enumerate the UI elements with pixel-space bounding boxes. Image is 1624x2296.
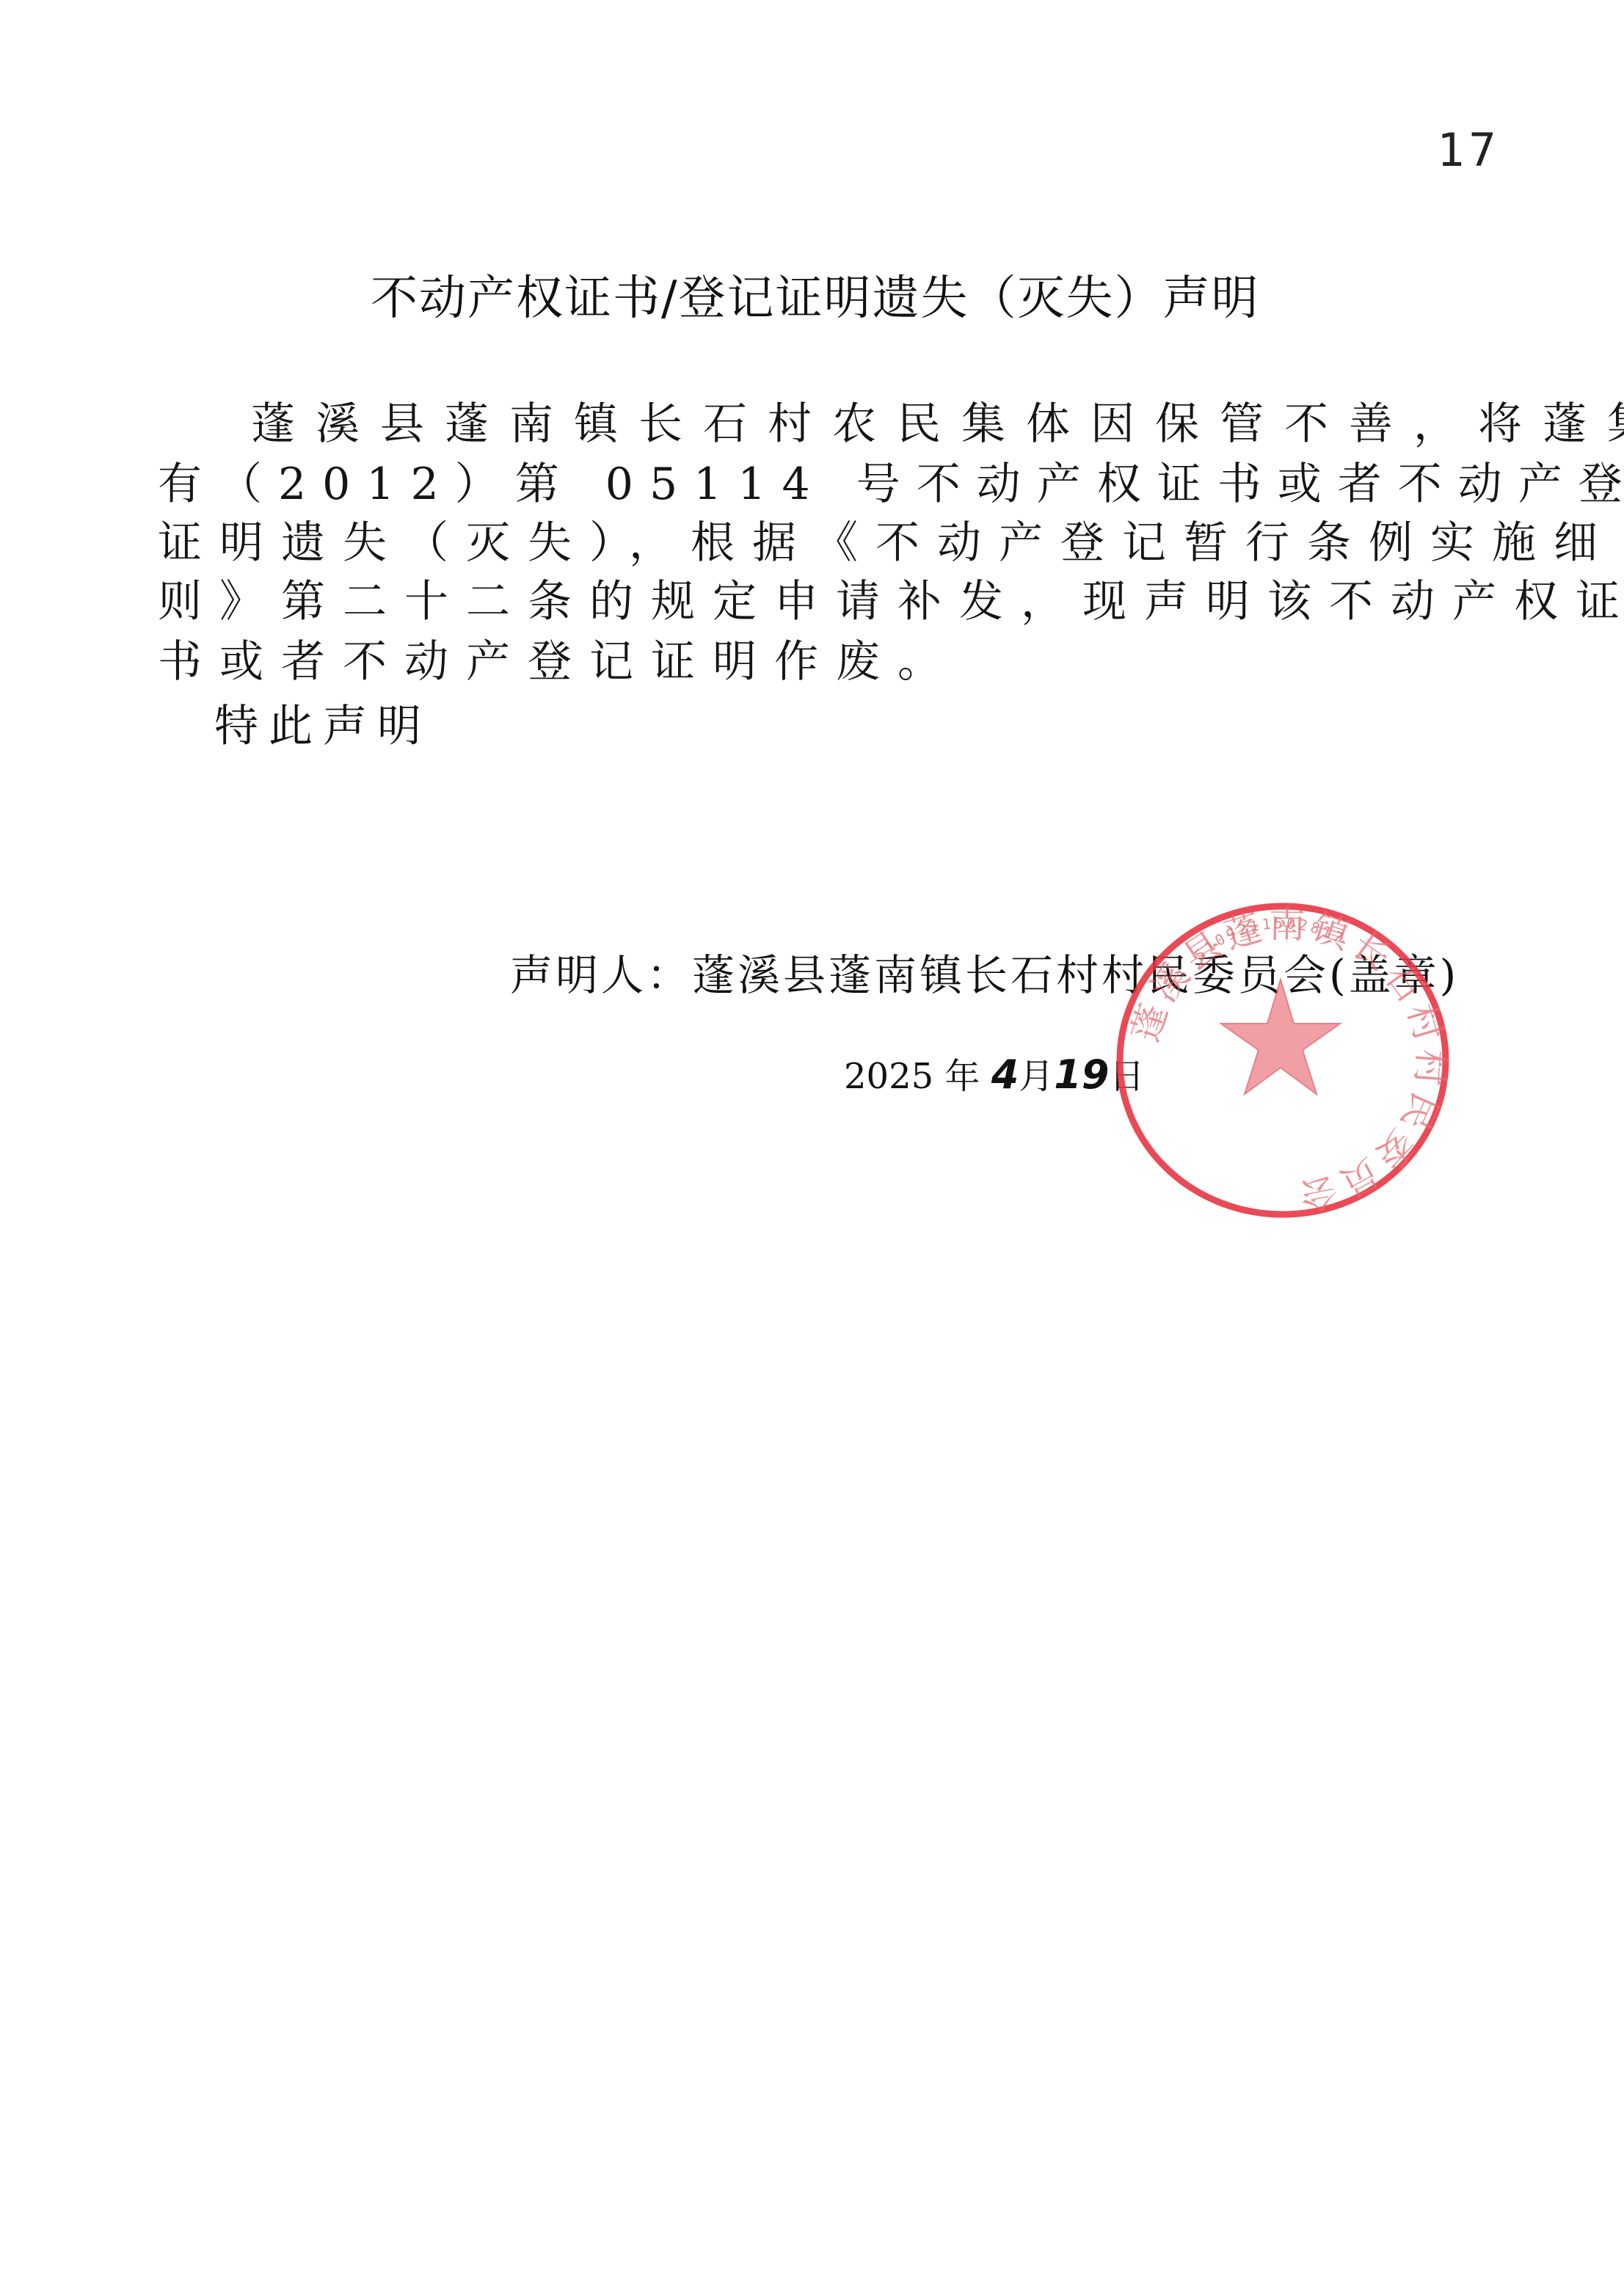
date-year: 2025 [844,1056,933,1097]
body-line: 证明遗失（灭失），根据《不动产登记暂行条例实施细 [158,514,1615,572]
document-title: 不动产权证书/登记证明遗失（灭失）声明 [371,260,1260,328]
body-line: 则》第二十二条的规定申请补发，现声明该不动产权证 [158,572,1624,631]
closing-statement: 特此声明 [214,691,432,754]
date-day-handwritten: 19 [1054,1052,1109,1098]
declaration-date: 2025 年 4月19日 [844,1048,1144,1098]
declarant-label: 声明人： [510,950,692,1000]
date-year-unit: 年 [944,1056,980,1097]
date-month-handwritten: 4 [991,1052,1019,1098]
star-icon [1221,980,1340,1094]
official-seal-icon: 蓬溪县蓬南镇长石村村民委员会 5109211502817 [1113,899,1457,1222]
body-line: 蓬溪县蓬南镇长石村农民集体因保管不善，将蓬集 [251,395,1624,453]
page-number: 17 [1437,123,1501,177]
date-month-unit: 月 [1019,1056,1054,1097]
body-line: 书或者不动产登记证明作废。 [158,633,959,691]
body-line: 有（2012）第 05114 号不动产权证书或者不动产登记 [158,455,1624,514]
